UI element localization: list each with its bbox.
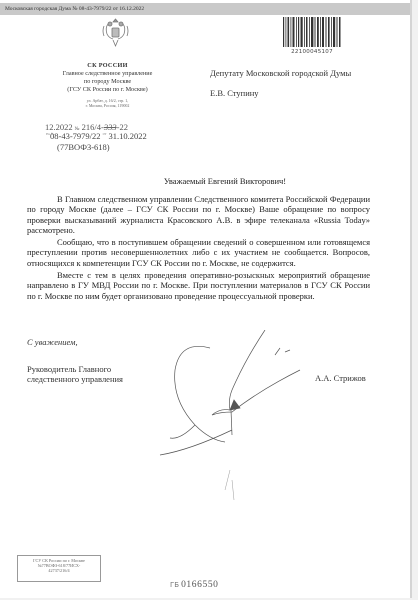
body-paragraph-1: В Главном следственном управлении Следст… xyxy=(27,194,370,235)
registration-code: (77ВОФЗ-618) xyxy=(57,142,110,152)
registration-stamp: ГСУ СК России по г. Москве №77ВОФЗ-618/7… xyxy=(17,555,101,582)
recipient-line2: Е.В. Ступину xyxy=(210,83,351,103)
signatory-title: Руководитель Главного следственного упра… xyxy=(27,364,123,384)
document-header-bar: Московская городская Дума № 08-43-7979/2… xyxy=(0,3,410,15)
serial-number: 0166550 xyxy=(181,580,218,590)
letter-body: В Главном следственном управлении Следст… xyxy=(27,194,370,303)
handwritten-signature-icon xyxy=(150,330,320,510)
signatory-title-line1: Руководитель Главного xyxy=(27,364,123,374)
sender-address: ул. Арбат, д. 16/2, стр. 1, г. Москва, Р… xyxy=(45,98,170,108)
greeting: Уважаемый Евгений Викторович! xyxy=(0,176,410,186)
reference-line: 08-43-7979/22 от 31.10.2022 xyxy=(50,131,147,141)
coat-of-arms-icon xyxy=(99,16,132,50)
reference-date: 31.10.2022 xyxy=(108,131,146,141)
sender-line1: Главное следственное управление xyxy=(45,70,170,78)
recipient-line1: Депутату Московской городской Думы xyxy=(210,63,351,83)
recipient-block: Депутату Московской городской Думы Е.В. … xyxy=(210,63,351,103)
closing: С уважением, xyxy=(27,337,78,347)
reference-number: 08-43-7979/22 xyxy=(50,131,101,141)
sender-line3: (ГСУ СК России по г. Москве) xyxy=(45,86,170,94)
barcode-icon xyxy=(283,17,341,47)
barcode-number: 22100045107 xyxy=(283,49,341,55)
sender-address-line2: г. Москва, Россия, 119002 xyxy=(45,103,170,108)
document-page: Московская городская Дума № 08-43-7979/2… xyxy=(0,0,412,598)
signatory-name: А.А. Стрижов xyxy=(315,373,366,383)
stamp-line3: 42737/216/4 xyxy=(18,568,100,573)
body-paragraph-2: Сообщаю, что в поступившем обращении све… xyxy=(27,237,370,268)
reference-from-label: от xyxy=(103,131,107,136)
sender-title: СК РОССИИ xyxy=(45,62,170,70)
body-paragraph-3: Вместе с тем в целях проведения оператив… xyxy=(27,270,370,301)
signatory-title-line2: следственного управления xyxy=(27,374,123,384)
form-serial-number: ГБ0166550 xyxy=(170,580,219,590)
sender-organization: СК РОССИИ Главное следственное управлени… xyxy=(45,62,170,94)
sender-line2: по городу Москве xyxy=(45,78,170,86)
serial-prefix: ГБ xyxy=(170,581,179,589)
